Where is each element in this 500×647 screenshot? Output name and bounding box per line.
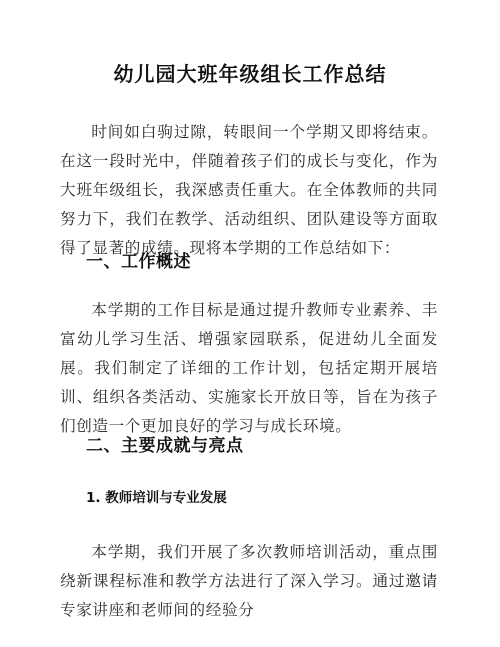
document-page: 幼儿园大班年级组长工作总结 时间如白驹过隙，转眼间一个学期又即将结束。在这一段时… — [0, 0, 500, 647]
teacher-training-paragraph: 本学期，我们开展了多次教师培训活动，重点围绕新课程标准和教学方法进行了深入学习。… — [60, 538, 438, 625]
document-title: 幼儿园大班年级组长工作总结 — [0, 58, 500, 87]
section-heading-overview: 一、工作概述 — [86, 247, 191, 272]
subsection-heading-teacher-training: 1. 教师培训与专业发展 — [86, 486, 227, 506]
section-heading-achievements: 二、主要成就与亮点 — [86, 431, 244, 456]
intro-paragraph: 时间如白驹过隙，转眼间一个学期又即将结束。在这一段时光中，伴随着孩子们的成长与变… — [60, 118, 438, 263]
overview-paragraph: 本学期的工作目标是通过提升教师专业素养、丰富幼儿学习生活、增强家园联系，促进幼儿… — [60, 296, 438, 441]
